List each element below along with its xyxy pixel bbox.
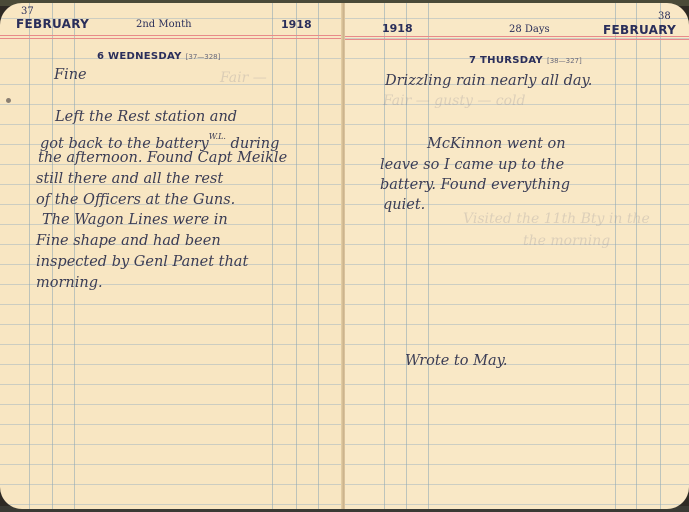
bleed-through-text: Visited the 11th Bty in the — [463, 209, 650, 229]
entry-line: battery. Found everything — [380, 175, 570, 195]
diary-spread: 37 FEBRUARY 2nd Month 1918 6 WEDNESDAY[3… — [0, 0, 689, 512]
bleed-through-text: Fair — — [220, 68, 267, 88]
entry-line: inspected by Genl Panet that — [36, 252, 248, 272]
page-number: 38 — [658, 11, 671, 22]
header-red-rule — [345, 39, 689, 40]
month-subtitle: 28 Days — [509, 24, 550, 35]
column-rule — [615, 3, 616, 509]
day-label: 7 THURSDAY — [469, 55, 543, 66]
column-rule — [660, 3, 661, 509]
column-rule — [318, 3, 319, 509]
weather-note: Fine — [54, 65, 87, 85]
weather-note: Drizzling rain nearly all day. — [385, 71, 592, 91]
month-title: FEBRUARY — [603, 23, 676, 37]
right-page: 1918 28 Days 38 FEBRUARY 7 THURSDAY[38—3… — [345, 3, 689, 509]
margin-rule — [29, 3, 30, 509]
year: 1918 — [382, 22, 413, 35]
day-heading: 7 THURSDAY[38—327] — [469, 55, 582, 66]
column-rule — [296, 3, 297, 509]
day-heading: 6 WEDNESDAY[37—328] — [97, 51, 220, 62]
day-range: [37—328] — [186, 53, 221, 61]
entry-line: still there and all the rest — [36, 169, 223, 189]
month-subtitle: 2nd Month — [136, 19, 192, 30]
page-number: 37 — [21, 6, 34, 17]
month-title: FEBRUARY — [16, 17, 89, 31]
day-label: 6 WEDNESDAY — [97, 51, 182, 62]
bleed-through-text: the morning — [523, 231, 610, 251]
column-rule — [272, 3, 273, 509]
entry-line: quiet. — [383, 195, 425, 215]
header-red-rule — [0, 38, 344, 39]
entry-line: morning. — [36, 273, 103, 293]
insertion-mark: W.L. — [209, 132, 226, 141]
entry-line: of the Officers at the Guns. — [36, 190, 235, 210]
header-red-rule — [0, 35, 344, 36]
entry-line: leave so I came up to the — [380, 155, 564, 175]
entry-line: Left the Rest station and — [55, 107, 237, 127]
ink-blot — [6, 98, 11, 103]
bleed-through-text: Fair — gusty — cold — [383, 91, 526, 111]
day-range: [38—327] — [547, 57, 582, 65]
entry-line: McKinnon went on — [427, 134, 566, 154]
left-page: 37 FEBRUARY 2nd Month 1918 6 WEDNESDAY[3… — [0, 3, 344, 509]
note-line: Wrote to May. — [405, 351, 507, 371]
column-rule — [636, 3, 637, 509]
entry-line: The Wagon Lines were in — [42, 210, 228, 230]
entry-line: the afternoon. Found Capt Meikle — [38, 148, 287, 168]
year: 1918 — [281, 18, 312, 31]
entry-line: Fine shape and had been — [36, 231, 221, 251]
